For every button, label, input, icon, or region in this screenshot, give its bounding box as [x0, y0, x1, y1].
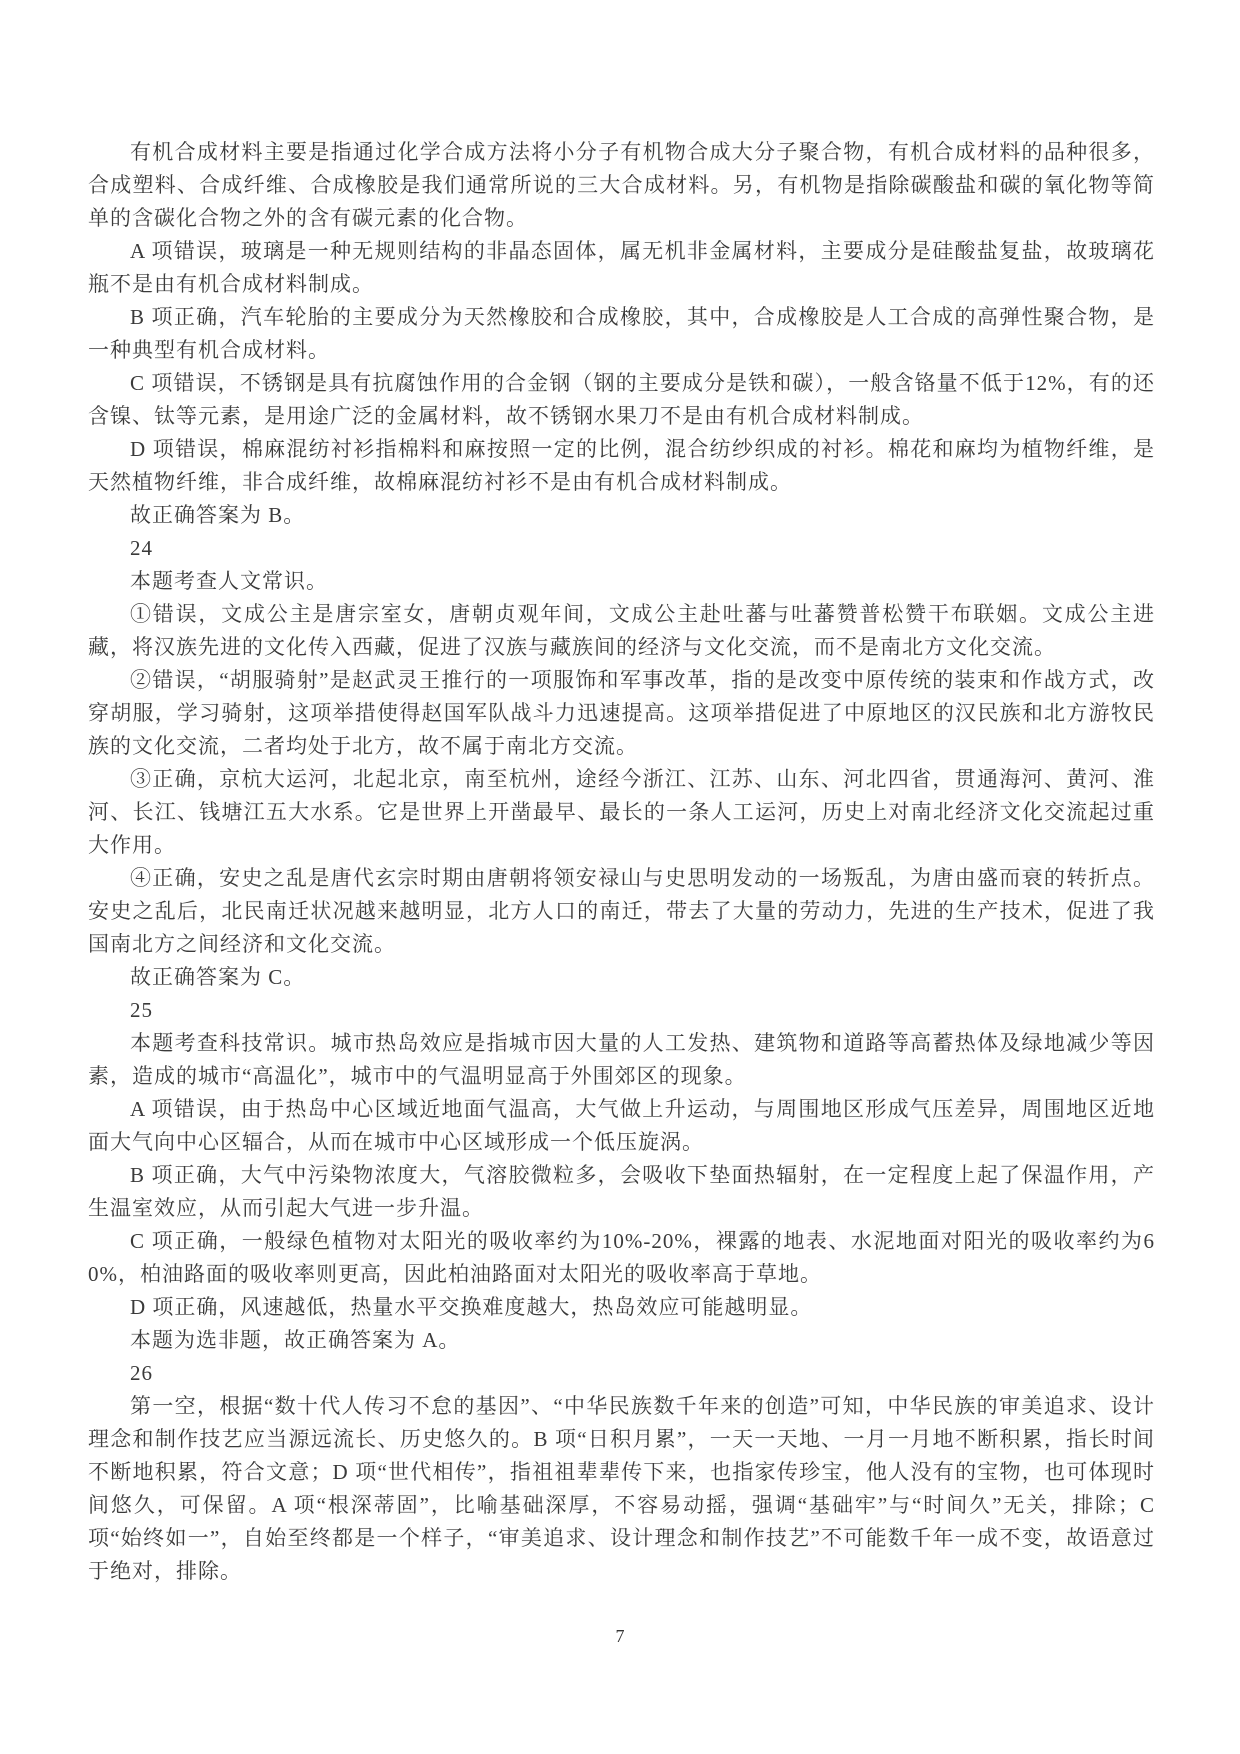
paragraph: ④正确，安史之乱是唐代玄宗时期由唐朝将领安禄山与史思明发动的一场叛乱，为唐由盛而… — [88, 862, 1155, 961]
paragraph: ①错误，文成公主是唐宗室女，唐朝贞观年间，文成公主赴吐蕃与吐蕃赞普松赞干布联姻。… — [88, 598, 1155, 664]
paragraph: 本题考查人文常识。 — [88, 565, 1155, 598]
paragraph: 24 — [88, 532, 1155, 565]
paragraph: D 项正确，风速越低，热量水平交换难度越大，热岛效应可能越明显。 — [88, 1291, 1155, 1324]
document-page: 有机合成材料主要是指通过化学合成方法将小分子有机物合成大分子聚合物，有机合成材料… — [0, 0, 1240, 1754]
paragraph: 本题考查科技常识。城市热岛效应是指城市因大量的人工发热、建筑物和道路等高蓄热体及… — [88, 1027, 1155, 1093]
paragraph: A 项错误，玻璃是一种无规则结构的非晶态固体，属无机非金属材料，主要成分是硅酸盐… — [88, 235, 1155, 301]
paragraph: B 项正确，汽车轮胎的主要成分为天然橡胶和合成橡胶，其中，合成橡胶是人工合成的高… — [88, 301, 1155, 367]
paragraph: ②错误，“胡服骑射”是赵武灵王推行的一项服饰和军事改革，指的是改变中原传统的装束… — [88, 664, 1155, 763]
paragraph: A 项错误，由于热岛中心区域近地面气温高，大气做上升运动，与周围地区形成气压差异… — [88, 1093, 1155, 1159]
answer-text: 有机合成材料主要是指通过化学合成方法将小分子有机物合成大分子聚合物，有机合成材料… — [88, 136, 1155, 1588]
paragraph: 第一空，根据“数十代人传习不怠的基因”、“中华民族数千年来的创造”可知，中华民族… — [88, 1390, 1155, 1588]
paragraph: ③正确，京杭大运河，北起北京，南至杭州，途经今浙江、江苏、山东、河北四省，贯通海… — [88, 763, 1155, 862]
paragraph: 故正确答案为 C。 — [88, 961, 1155, 994]
paragraph: 本题为选非题，故正确答案为 A。 — [88, 1324, 1155, 1357]
paragraph: 有机合成材料主要是指通过化学合成方法将小分子有机物合成大分子聚合物，有机合成材料… — [88, 136, 1155, 235]
paragraph: 26 — [88, 1357, 1155, 1390]
paragraph: C 项错误，不锈钢是具有抗腐蚀作用的合金钢（钢的主要成分是铁和碳），一般含铬量不… — [88, 367, 1155, 433]
paragraph: B 项正确，大气中污染物浓度大，气溶胶微粒多，会吸收下垫面热辐射，在一定程度上起… — [88, 1159, 1155, 1225]
paragraph: 故正确答案为 B。 — [88, 499, 1155, 532]
paragraph: 25 — [88, 994, 1155, 1027]
paragraph: D 项错误，棉麻混纺衬衫指棉料和麻按照一定的比例，混合纺纱织成的衬衫。棉花和麻均… — [88, 433, 1155, 499]
page-number: 7 — [0, 1624, 1240, 1648]
paragraph: C 项正确，一般绿色植物对太阳光的吸收率约为10%-20%，裸露的地表、水泥地面… — [88, 1225, 1155, 1291]
